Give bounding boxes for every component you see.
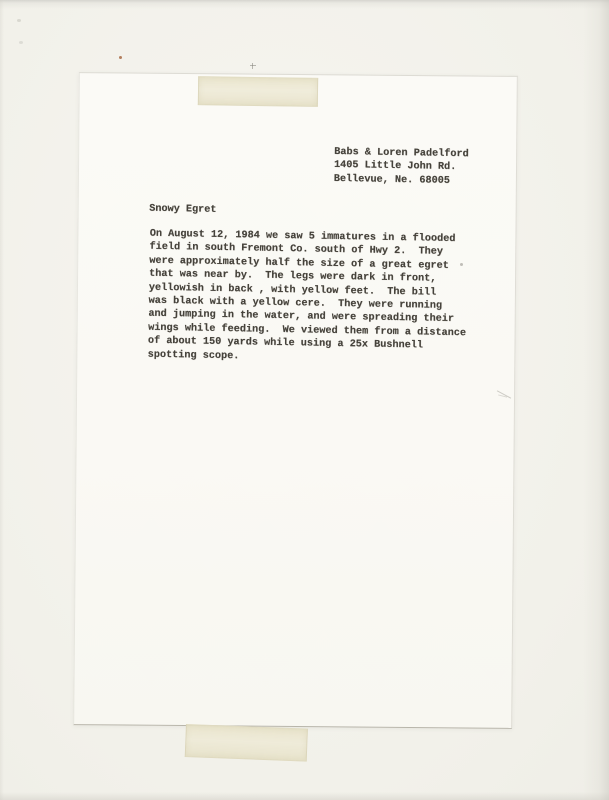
- body-paragraph: On August 12, 1984 we saw 5 immatures in…: [148, 228, 468, 368]
- document-title: Snowy Egret: [149, 203, 216, 218]
- scan-speck: [119, 56, 122, 59]
- note-paper: Babs & Loren Padelford 1405 Little John …: [73, 72, 518, 729]
- scan-registration-mark: [250, 63, 256, 69]
- scanned-page-background: Babs & Loren Padelford 1405 Little John …: [0, 0, 609, 800]
- tape-strip-top: [198, 76, 318, 107]
- scan-speck: [460, 263, 463, 266]
- scan-speck: [17, 19, 21, 22]
- scan-speck: [19, 41, 23, 44]
- tape-strip-bottom: [185, 724, 308, 762]
- sender-address-block: Babs & Loren Padelford 1405 Little John …: [334, 146, 469, 189]
- typed-text-group: Babs & Loren Padelford 1405 Little John …: [69, 72, 517, 731]
